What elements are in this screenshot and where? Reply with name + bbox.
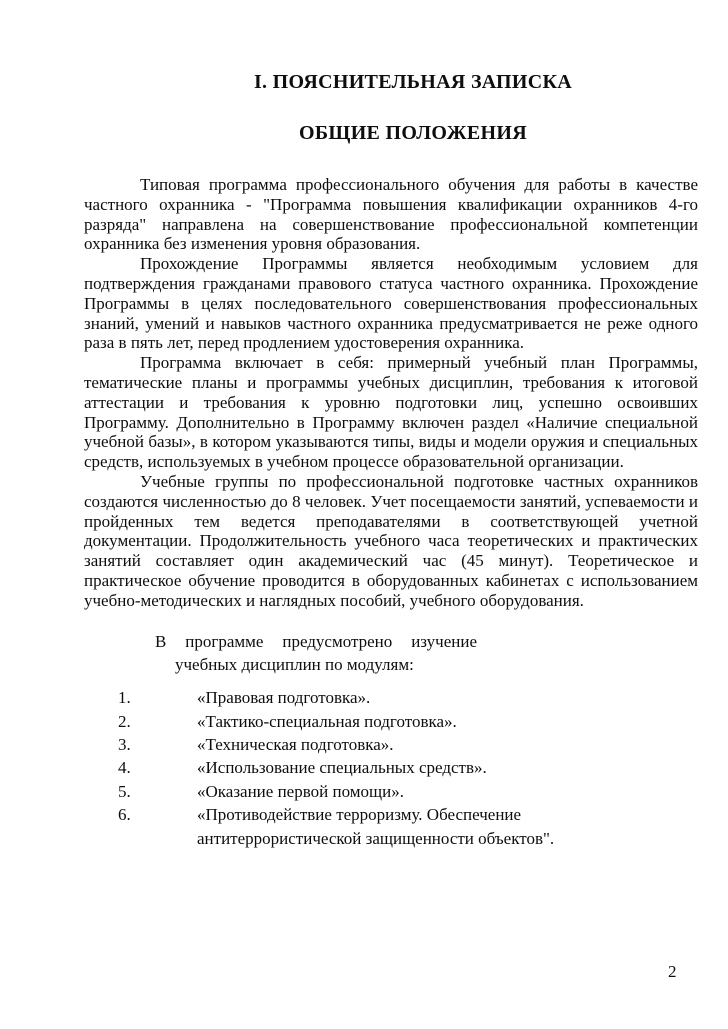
paragraph: Учебные группы по профессиональной подго… (84, 472, 698, 611)
list-item: 2. «Тактико-специальная подготовка». (84, 710, 698, 733)
list-item-text: «Противодействие терроризму. Обеспечение… (197, 803, 563, 850)
list-item-text: «Тактико-специальная подготовка». (197, 710, 563, 733)
text-column: I. ПОЯСНИТЕЛЬНАЯ ЗАПИСКА ОБЩИЕ ПОЛОЖЕНИЯ… (84, 0, 698, 850)
modules-intro-line2: учебных дисциплин по модулям: (155, 653, 477, 677)
list-item-number: 6. (118, 803, 197, 850)
list-item-text: «Использование специальных средств». (197, 756, 563, 779)
list-item: 3. «Техническая подготовка». (84, 733, 698, 756)
list-item-number: 4. (118, 756, 197, 779)
paragraph: Программа включает в себя: примерный уче… (84, 353, 698, 472)
list-item: 6. «Противодействие терроризму. Обеспече… (84, 803, 698, 850)
list-item-number: 3. (118, 733, 197, 756)
modules-intro: В программе предусмотрено изучение учебн… (155, 630, 477, 678)
list-item-text: «Правовая подготовка». (197, 686, 563, 709)
list-item-text: «Техническая подготовка». (197, 733, 563, 756)
body-paragraphs: Типовая программа профессионального обуч… (84, 175, 698, 611)
section-subtitle: ОБЩИЕ ПОЛОЖЕНИЯ (106, 122, 720, 145)
paragraph: Прохождение Программы является необходим… (84, 254, 698, 353)
list-item-number: 2. (118, 710, 197, 733)
document-page: { "doc": { "title": "I. ПОЯСНИТЕЛЬНАЯ ЗА… (0, 0, 728, 1029)
modules-list: 1. «Правовая подготовка». 2. «Тактико-сп… (84, 686, 698, 850)
list-item-text: «Оказание первой помощи». (197, 780, 563, 803)
page-number: 2 (668, 962, 677, 981)
list-item-number: 1. (118, 686, 197, 709)
page-title: I. ПОЯСНИТЕЛЬНАЯ ЗАПИСКА (106, 0, 720, 94)
list-item: 1. «Правовая подготовка». (84, 686, 698, 709)
list-item: 5. «Оказание первой помощи». (84, 780, 698, 803)
paragraph: Типовая программа профессионального обуч… (84, 175, 698, 254)
list-item-number: 5. (118, 780, 197, 803)
list-item: 4. «Использование специальных средств». (84, 756, 698, 779)
modules-intro-line1: В программе предусмотрено изучение (155, 630, 477, 654)
